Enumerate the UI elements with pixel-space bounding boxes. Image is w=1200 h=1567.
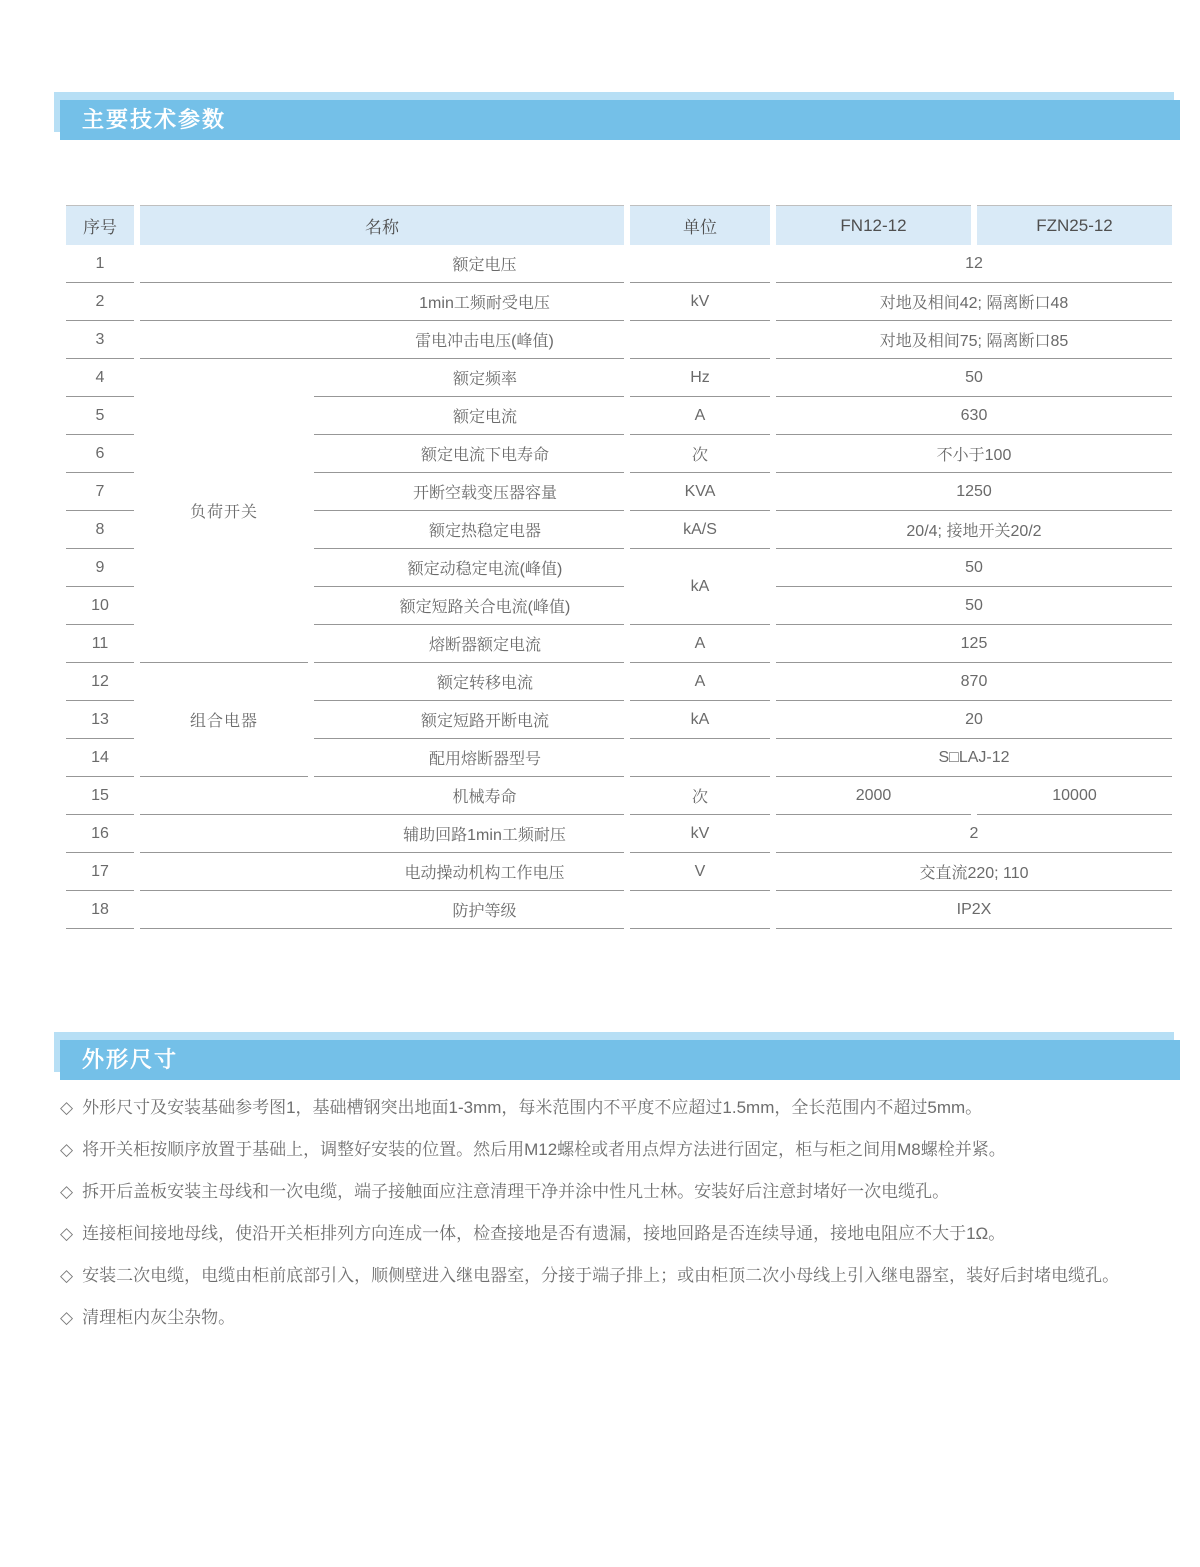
row-number: 14 [66, 739, 134, 777]
param-name: 机械寿命 [140, 777, 624, 815]
table-row: 16 辅助回路1min工频耐压 kV 2 [66, 815, 1172, 853]
param-name: 电动操动机构工作电压 [140, 853, 624, 891]
note-item: ◇ 连接柜间接地母线，使沿开关柜排列方向连成一体，检查接地是否有遗漏，接地回路是… [60, 1222, 1178, 1264]
param-name: 配用熔断器型号 [314, 739, 624, 777]
diamond-bullet-icon: ◇ [60, 1180, 73, 1204]
table-row: 2 1min工频耐受电压 kV 对地及相间42; 隔离断口48 [66, 283, 1172, 321]
param-unit [630, 891, 770, 929]
param-value: 50 [776, 359, 1172, 397]
note-item: ◇ 安装二次电缆，电缆由柜前底部引入，顺侧壁进入继电器室，分接于端子排上；或由柜… [60, 1264, 1178, 1306]
param-unit: A [630, 397, 770, 435]
note-item: ◇ 拆开后盖板安装主母线和一次电缆，端子接触面应注意清理干净并涂中性凡士林。安装… [60, 1180, 1178, 1222]
row-number: 2 [66, 283, 134, 321]
param-unit: A [630, 663, 770, 701]
tech-params-table: 序号 名称 单位 FN12-12 FZN25-12 1 额定电压 12 2 1m… [60, 205, 1178, 929]
row-number: 7 [66, 473, 134, 511]
note-text: 安装二次电缆，电缆由柜前底部引入，顺侧壁进入继电器室，分接于端子排上；或由柜顶二… [82, 1264, 1119, 1288]
section-title-tech-params: 主要技术参数 [60, 100, 1180, 140]
note-text: 连接柜间接地母线，使沿开关柜排列方向连成一体，检查接地是否有遗漏，接地回路是否连… [82, 1222, 1005, 1246]
header-unit: 单位 [630, 205, 770, 245]
param-name: 额定动稳定电流(峰值) [314, 549, 624, 587]
param-value: 630 [776, 397, 1172, 435]
diamond-bullet-icon: ◇ [60, 1306, 73, 1330]
param-value: 交直流220; 110 [776, 853, 1172, 891]
row-number: 9 [66, 549, 134, 587]
param-value: 12 [776, 245, 1172, 283]
param-name: 额定转移电流 [314, 663, 624, 701]
row-number: 10 [66, 587, 134, 625]
param-value: 2 [776, 815, 1172, 853]
table-row: 3 雷电冲击电压(峰值) 对地及相间75; 隔离断口85 [66, 321, 1172, 359]
diamond-bullet-icon: ◇ [60, 1264, 73, 1288]
param-name: 额定频率 [314, 359, 624, 397]
row-number: 6 [66, 435, 134, 473]
row-number: 12 [66, 663, 134, 701]
param-name: 辅助回路1min工频耐压 [140, 815, 624, 853]
table-row: 12 组合电器 额定转移电流 A 870 [66, 663, 1172, 701]
row-number: 15 [66, 777, 134, 815]
param-value: 对地及相间75; 隔离断口85 [776, 321, 1172, 359]
param-unit: V [630, 853, 770, 891]
table-row: 17 电动操动机构工作电压 V 交直流220; 110 [66, 853, 1172, 891]
param-value: 20/4; 接地开关20/2 [776, 511, 1172, 549]
param-unit: kV [630, 815, 770, 853]
param-value: 对地及相间42; 隔离断口48 [776, 283, 1172, 321]
diamond-bullet-icon: ◇ [60, 1138, 73, 1162]
param-value: 20 [776, 701, 1172, 739]
param-unit: 次 [630, 435, 770, 473]
param-name: 开断空载变压器容量 [314, 473, 624, 511]
note-text: 外形尺寸及安装基础参考图1，基础槽钢突出地面1-3mm，每米范围内不平度不应超过… [82, 1096, 982, 1120]
param-unit: kA [630, 549, 770, 625]
group-label-combined-apparatus: 组合电器 [140, 663, 308, 777]
param-value-fn: 2000 [776, 777, 971, 815]
param-unit [630, 245, 770, 283]
installation-notes: ◇ 外形尺寸及安装基础参考图1，基础槽钢突出地面1-3mm，每米范围内不平度不应… [60, 1096, 1178, 1348]
param-value: S□LAJ-12 [776, 739, 1172, 777]
param-value: 1250 [776, 473, 1172, 511]
param-value: 125 [776, 625, 1172, 663]
param-value: 50 [776, 549, 1172, 587]
row-number: 3 [66, 321, 134, 359]
param-unit: kA/S [630, 511, 770, 549]
diamond-bullet-icon: ◇ [60, 1096, 73, 1120]
param-unit [630, 739, 770, 777]
row-number: 13 [66, 701, 134, 739]
row-number: 18 [66, 891, 134, 929]
param-name: 额定热稳定电器 [314, 511, 624, 549]
note-text: 清理柜内灰尘杂物。 [82, 1306, 235, 1330]
param-value: 870 [776, 663, 1172, 701]
section-title-dimensions: 外形尺寸 [60, 1040, 1180, 1080]
param-value: IP2X [776, 891, 1172, 929]
row-number: 17 [66, 853, 134, 891]
param-value-fzn: 10000 [977, 777, 1172, 815]
note-item: ◇ 外形尺寸及安装基础参考图1，基础槽钢突出地面1-3mm，每米范围内不平度不应… [60, 1096, 1178, 1138]
param-name: 额定电压 [140, 245, 624, 283]
diamond-bullet-icon: ◇ [60, 1222, 73, 1246]
header-name: 名称 [140, 205, 624, 245]
row-number: 11 [66, 625, 134, 663]
param-unit [630, 321, 770, 359]
param-name: 额定短路开断电流 [314, 701, 624, 739]
table-row: 1 额定电压 12 [66, 245, 1172, 283]
row-number: 4 [66, 359, 134, 397]
table-row: 15 机械寿命 次 2000 10000 [66, 777, 1172, 815]
param-unit: Hz [630, 359, 770, 397]
param-unit: kA [630, 701, 770, 739]
note-text: 拆开后盖板安装主母线和一次电缆，端子接触面应注意清理干净并涂中性凡士林。安装好后… [82, 1180, 949, 1204]
param-name: 1min工频耐受电压 [140, 283, 624, 321]
param-name: 雷电冲击电压(峰值) [140, 321, 624, 359]
param-value: 不小于100 [776, 435, 1172, 473]
group-label-load-switch: 负荷开关 [140, 359, 308, 663]
row-number: 1 [66, 245, 134, 283]
row-number: 16 [66, 815, 134, 853]
param-name: 熔断器额定电流 [314, 625, 624, 663]
param-name: 额定短路关合电流(峰值) [314, 587, 624, 625]
header-no: 序号 [66, 205, 134, 245]
param-name: 额定电流 [314, 397, 624, 435]
param-name: 额定电流下电寿命 [314, 435, 624, 473]
param-name: 防护等级 [140, 891, 624, 929]
table-row: 4 负荷开关 额定频率 Hz 50 [66, 359, 1172, 397]
param-unit: kV [630, 283, 770, 321]
param-unit: 次 [630, 777, 770, 815]
header-fn: FN12-12 [776, 205, 971, 245]
note-item: ◇ 清理柜内灰尘杂物。 [60, 1306, 1178, 1348]
param-value: 50 [776, 587, 1172, 625]
table-header-row: 序号 名称 单位 FN12-12 FZN25-12 [66, 205, 1172, 245]
param-unit: A [630, 625, 770, 663]
note-item: ◇ 将开关柜按顺序放置于基础上，调整好安装的位置。然后用M12螺栓或者用点焊方法… [60, 1138, 1178, 1180]
note-text: 将开关柜按顺序放置于基础上，调整好安装的位置。然后用M12螺栓或者用点焊方法进行… [82, 1138, 1006, 1162]
param-unit: KVA [630, 473, 770, 511]
row-number: 5 [66, 397, 134, 435]
row-number: 8 [66, 511, 134, 549]
table-row: 18 防护等级 IP2X [66, 891, 1172, 929]
header-fzn: FZN25-12 [977, 205, 1172, 245]
